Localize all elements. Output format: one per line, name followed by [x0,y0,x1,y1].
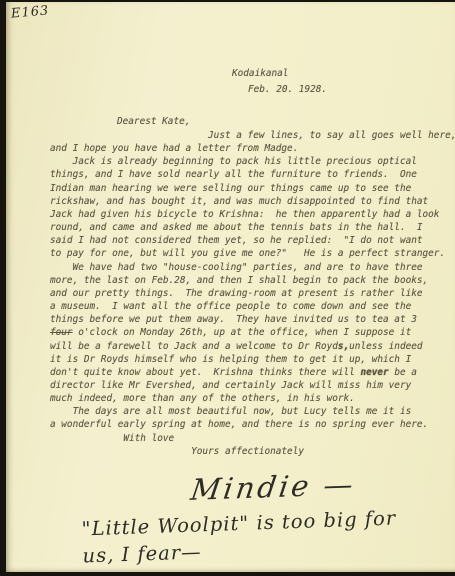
body-line: to pay for one, but will you give me one… [50,247,451,260]
body-line: With love [50,432,451,445]
body-line: Yours affectionately [50,445,451,458]
body-line: said I had not considered them yet, so h… [50,234,451,247]
archive-label: E163 [10,3,49,21]
body-line: rickshaw, and has bought it, and was muc… [50,195,451,208]
body-line: round, and came and asked me about the t… [50,221,451,234]
body-line: Indian man hearing we were selling our t… [50,182,451,195]
salutation: Dearest Kate, [117,116,190,127]
body-line: a wonderful early spring at home, and th… [50,418,451,431]
body-line: The days are all most beautiful now, but… [50,405,451,418]
body-line: We have had two "house-cooling" parties,… [50,261,451,274]
letter-body: Just a few lines, to say all goes well h… [50,129,451,458]
body-line: don't quite know about yet. Krishna thin… [50,366,451,379]
body-line: it is Dr Royds himself who is helping th… [50,353,451,366]
scanned-letter: E163 Kodaikanal Feb. 20. 1928. Dearest K… [0,0,455,576]
body-line: and our pretty things. The drawing-room … [50,287,451,300]
body-line: things, and I have sold nearly all the f… [50,168,451,181]
body-line: Just a few lines, to say all goes well h… [50,129,451,142]
body-line: things before we put them away. They hav… [50,313,451,326]
body-line: director like Mr Evershed, and certainly… [50,379,451,392]
body-line: and I hope you have had a letter from Ma… [50,142,451,155]
letter-paper: E163 Kodaikanal Feb. 20. 1928. Dearest K… [6,2,455,572]
letterhead-place: Kodaikanal [232,66,327,82]
letterhead: Kodaikanal Feb. 20. 1928. [232,66,327,98]
body-line: four o'clock on Monday 26th, up at the o… [50,326,451,339]
body-line: will be a farewell to Jack and a welcome… [50,340,451,353]
postscript: "Little Woolpit" is too big for us, I fe… [81,505,397,570]
body-line: Jack had given his bicycle to Krishna: h… [50,208,451,221]
signature: Mindie — [189,467,359,507]
body-line: much indeed, more than any of the others… [50,392,451,405]
body-line: Jack is already beginning to pack his li… [50,155,451,168]
body-line: more, the last on Feb.28, and then I sha… [50,274,451,287]
body-line: a museum. I want all the office people t… [50,300,451,313]
letterhead-date: Feb. 20. 1928. [248,82,327,98]
